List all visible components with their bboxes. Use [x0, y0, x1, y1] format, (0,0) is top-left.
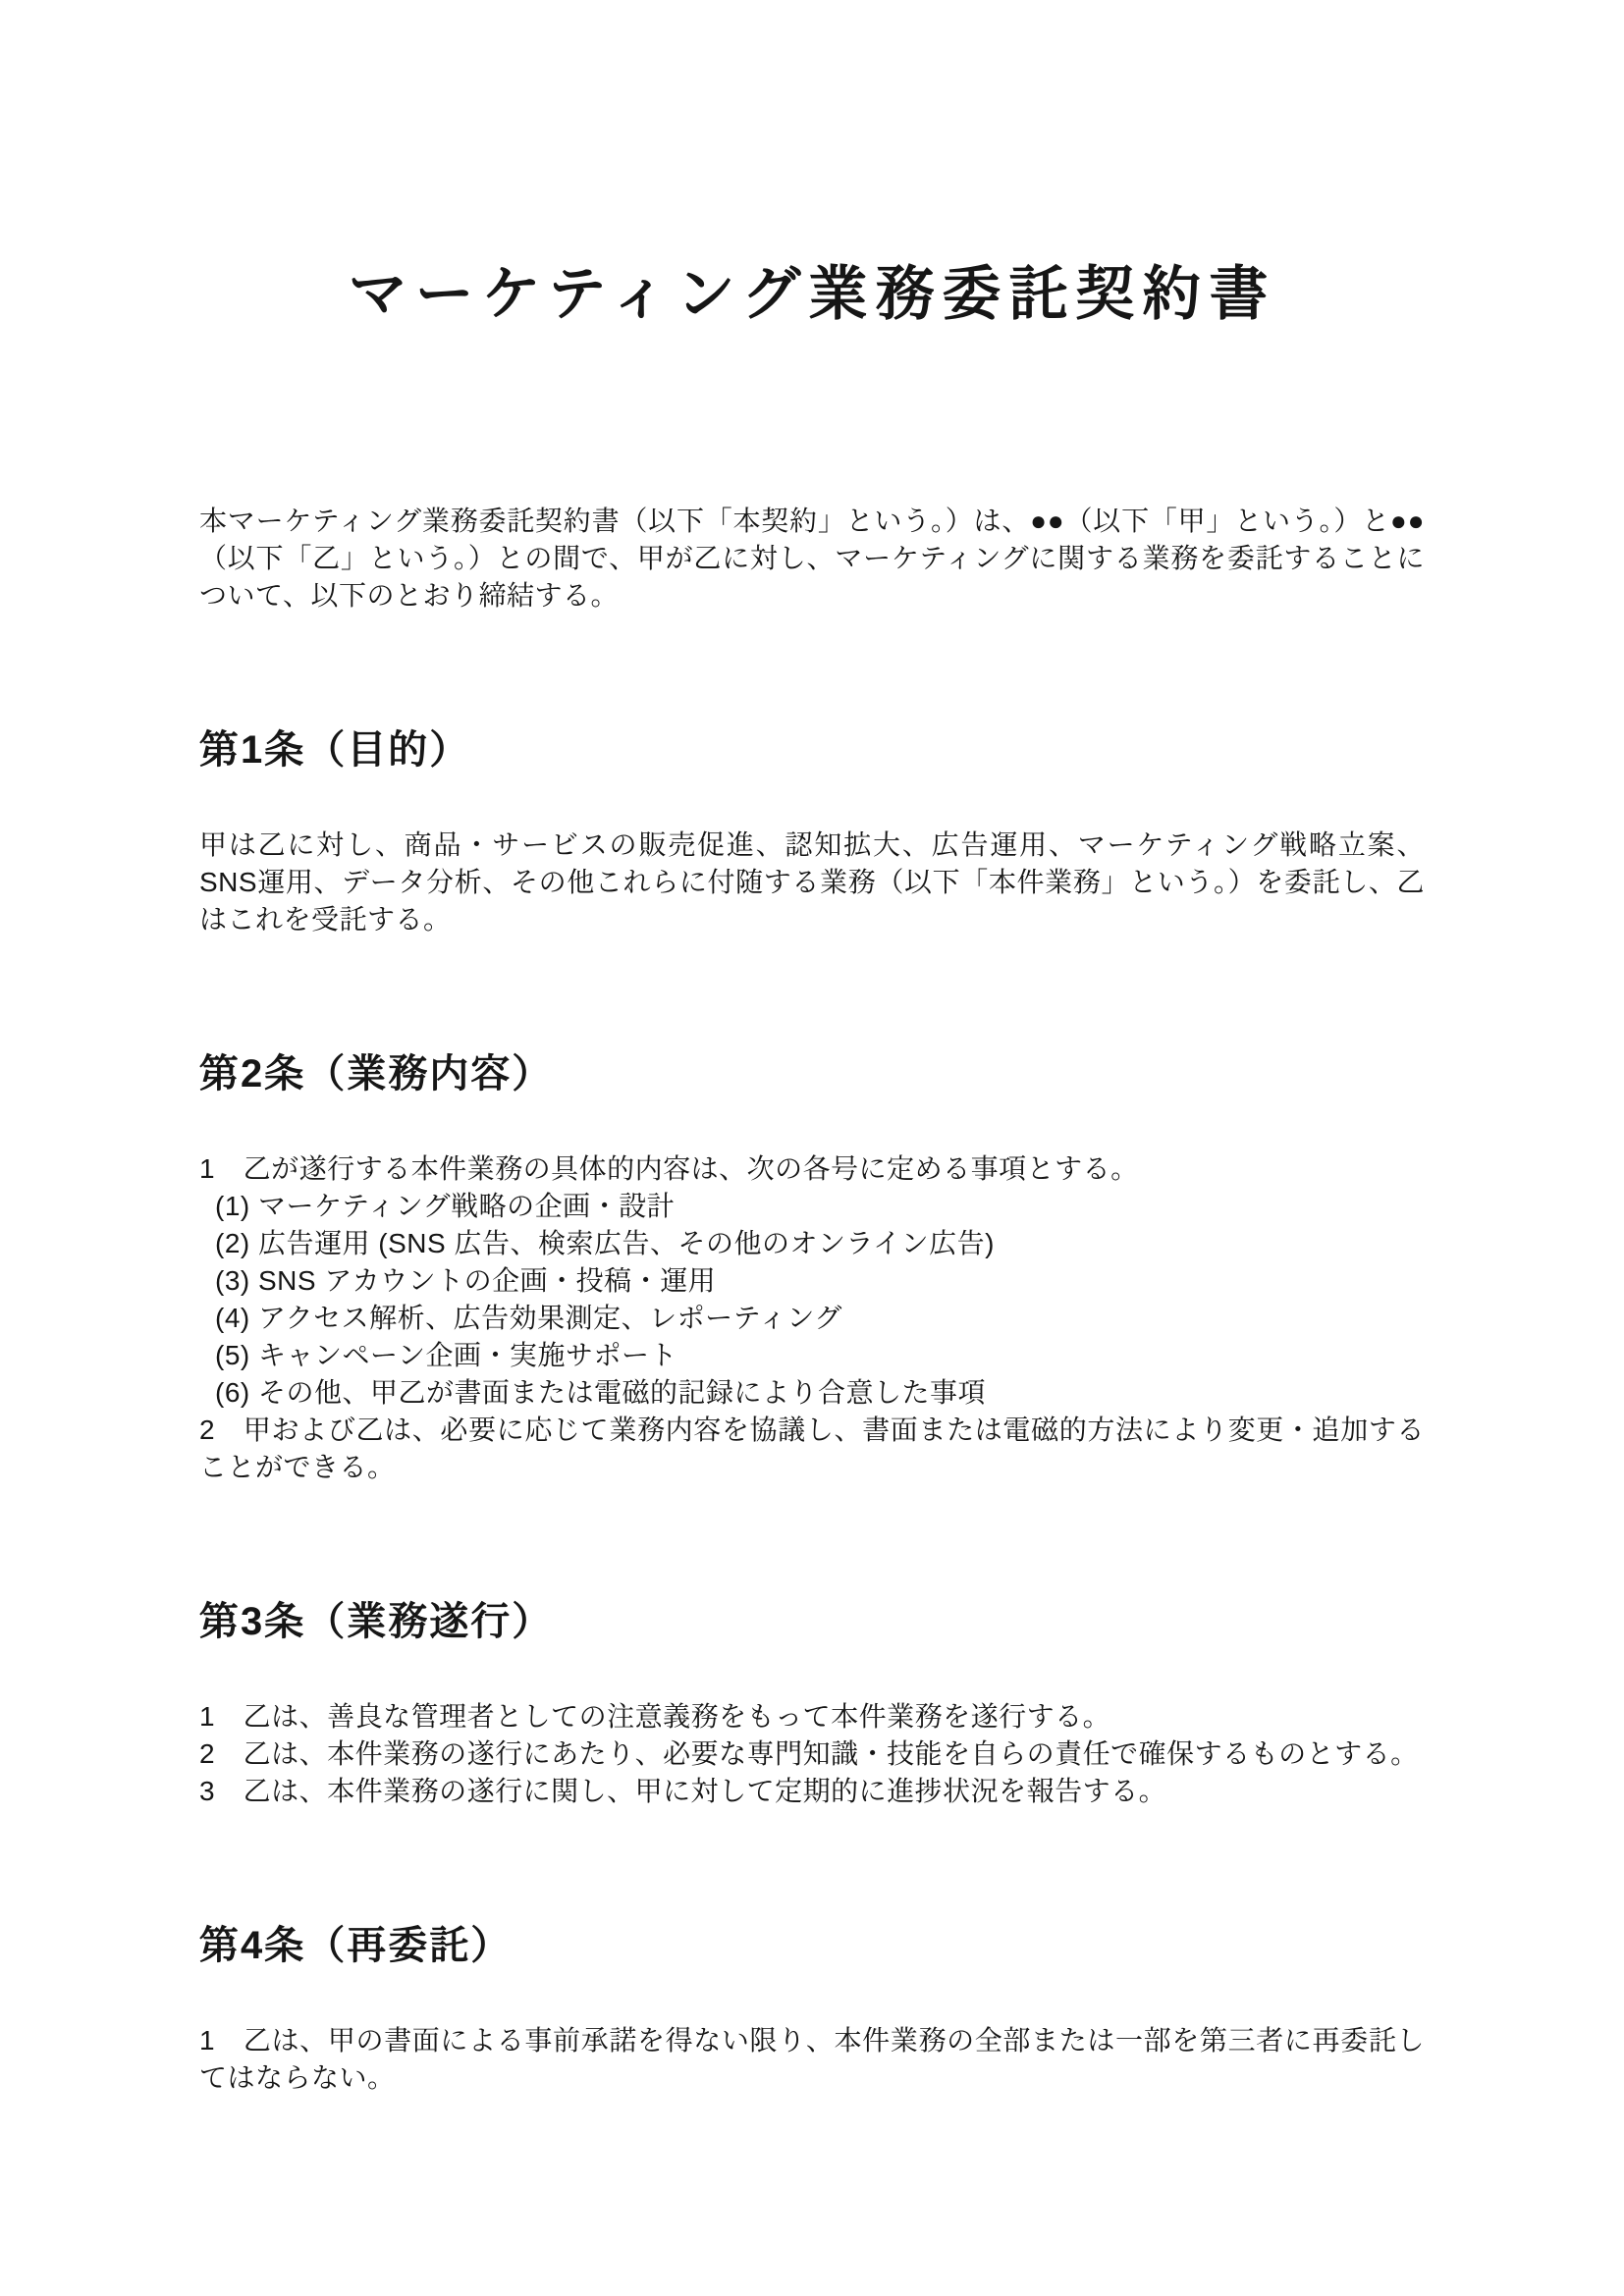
article-2-clause-1: 1 乙が遂行する本件業務の具体的内容は、次の各号に定める事項とする。 [199, 1150, 1425, 1188]
article-2-item-1: (1) マーケティング戦略の企画・設計 [199, 1188, 1425, 1225]
article-1-clause: 甲は乙に対し、商品・サービスの販売促進、認知拡大、広告運用、マーケティング戦略立… [199, 827, 1425, 938]
article-1-heading: 第1条（目的） [199, 726, 1425, 774]
article-2-heading: 第2条（業務内容） [199, 1050, 1425, 1097]
article-2-item-2: (2) 広告運用 (SNS 広告、検索広告、その他のオンライン広告) [199, 1225, 1425, 1262]
article-2-item-3: (3) SNS アカウントの企画・投稿・運用 [199, 1262, 1425, 1300]
article-2-clause-2: 2 甲および乙は、必要に応じて業務内容を協議し、書面または電磁的方法により変更・… [199, 1412, 1425, 1486]
article-2-item-5: (5) キャンペーン企画・実施サポート [199, 1337, 1425, 1374]
article-4-clause-1: 1 乙は、甲の書面による事前承諾を得ない限り、本件業務の全部または一部を第三者に… [199, 2022, 1425, 2097]
article-3-clause-2: 2 乙は、本件業務の遂行にあたり、必要な専門知識・技能を自らの責任で確保するもの… [199, 1735, 1425, 1773]
article-3-heading: 第3条（業務遂行） [199, 1598, 1425, 1645]
article-3-clause-3: 3 乙は、本件業務の遂行に関し、甲に対して定期的に進捗状況を報告する。 [199, 1773, 1425, 1810]
article-2-item-6: (6) その他、甲乙が書面または電磁的記録により合意した事項 [199, 1374, 1425, 1412]
article-2-item-4: (4) アクセス解析、広告効果測定、レポーティング [199, 1300, 1425, 1337]
document-title: マーケティング業務委託契約書 [199, 265, 1425, 324]
article-2-section: 第2条（業務内容） 1 乙が遂行する本件業務の具体的内容は、次の各号に定める事項… [199, 1050, 1624, 1486]
article-1-section: 第1条（目的） 甲は乙に対し、商品・サービスの販売促進、認知拡大、広告運用、マー… [199, 726, 1624, 938]
article-4-heading: 第4条（再委託） [199, 1922, 1425, 1969]
preamble-paragraph: 本マーケティング業務委託契約書（以下「本契約」という。）は、●●（以下「甲」とい… [199, 503, 1425, 614]
article-4-section: 第4条（再委託） 1 乙は、甲の書面による事前承諾を得ない限り、本件業務の全部ま… [199, 1922, 1624, 2097]
contract-document-page: マーケティング業務委託契約書 本マーケティング業務委託契約書（以下「本契約」とい… [0, 0, 1624, 2296]
article-3-section: 第3条（業務遂行） 1 乙は、善良な管理者としての注意義務をもって本件業務を遂行… [199, 1598, 1624, 1810]
article-3-clause-1: 1 乙は、善良な管理者としての注意義務をもって本件業務を遂行する。 [199, 1698, 1425, 1735]
